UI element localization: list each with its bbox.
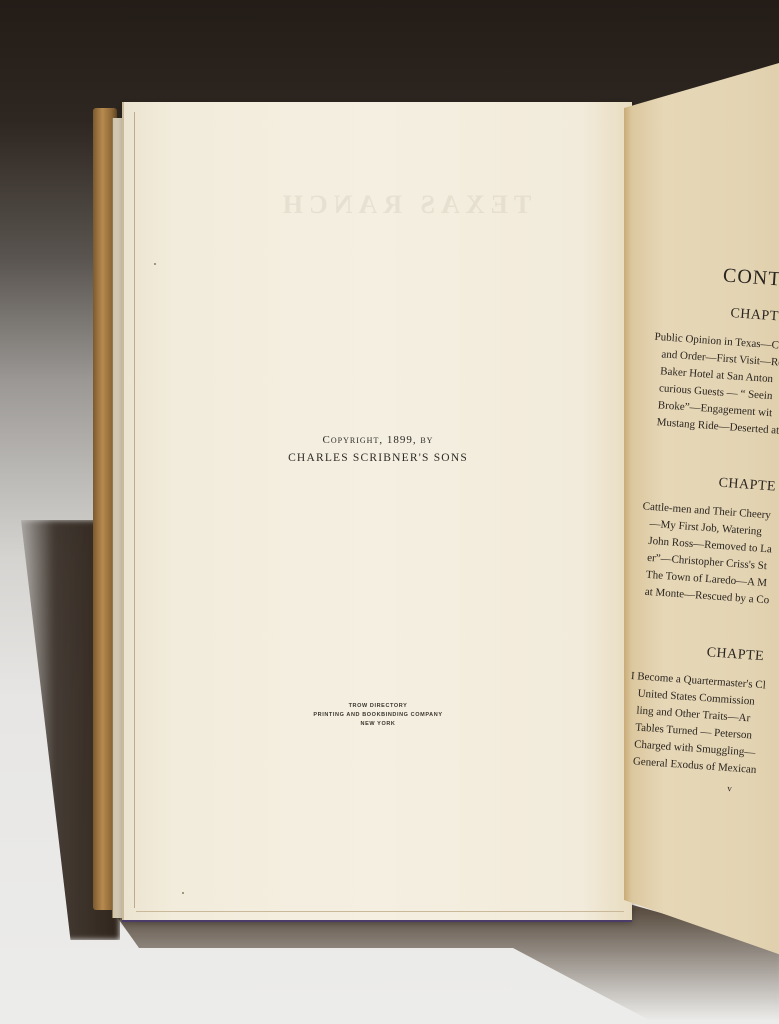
bleed-through-text: TEXAS RANCH bbox=[244, 190, 564, 220]
page-number: v bbox=[727, 783, 779, 800]
contents-text: CONTE CHAPTE Public Opinion in Texas—Cha… bbox=[624, 260, 779, 800]
page-edge-line bbox=[134, 112, 135, 908]
contents-title: CONTE bbox=[722, 264, 779, 296]
paper-fleck bbox=[154, 263, 156, 265]
printer-line-2: PRINTING AND BOOKBINDING COMPANY bbox=[124, 711, 632, 720]
copyright-line: Copyright, 1899, by bbox=[124, 432, 632, 448]
chapter-heading: CHAPTE bbox=[718, 476, 779, 501]
right-page-contents: CONTE CHAPTE Public Opinion in Texas—Cha… bbox=[624, 50, 779, 970]
copyright-notice: Copyright, 1899, by CHARLES SCRIBNER'S S… bbox=[124, 432, 632, 468]
printer-line-1: TROW DIRECTORY bbox=[124, 702, 632, 711]
chapter-heading: CHAPTE bbox=[706, 645, 779, 670]
chapter-heading: CHAPTE bbox=[730, 306, 779, 331]
paper-fleck bbox=[182, 892, 184, 894]
printer-line-3: NEW YORK bbox=[124, 720, 632, 729]
publisher-name: CHARLES SCRIBNER'S SONS bbox=[124, 448, 632, 468]
printer-imprint: TROW DIRECTORY PRINTING AND BOOKBINDING … bbox=[124, 702, 632, 729]
left-page-copyright: TEXAS RANCH Copyright, 1899, by CHARLES … bbox=[122, 102, 632, 920]
page-bottom-line bbox=[136, 911, 624, 912]
